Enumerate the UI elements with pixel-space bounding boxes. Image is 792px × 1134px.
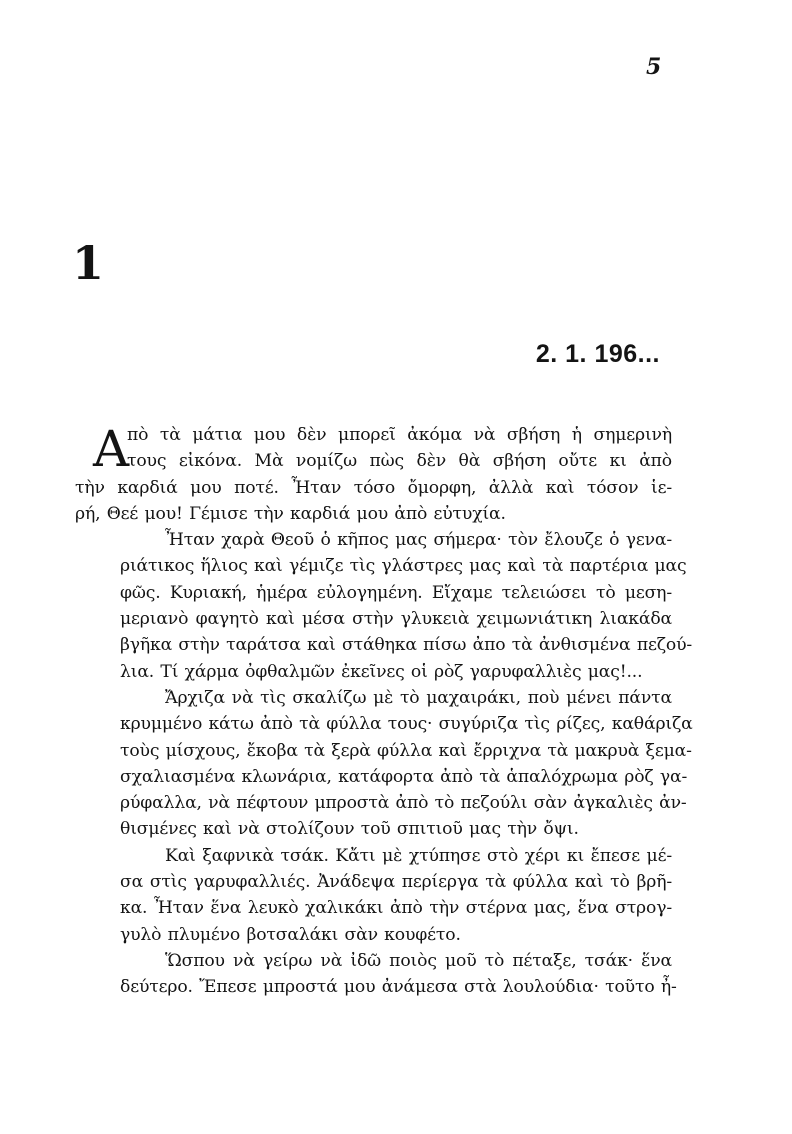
text-line: Ὥσπου νὰ γείρω νὰ ἰδῶ ποιὸς μοῦ τὸ πέταξ…: [75, 948, 672, 974]
page-number: 5: [646, 56, 661, 78]
paragraph: πὸ τὰ μάτια μου δὲν μπορεῖ ἀκόμα νὰ σβήσ…: [75, 422, 672, 527]
body-text: Α πὸ τὰ μάτια μου δὲν μπορεῖ ἀκόμα νὰ σβ…: [75, 422, 672, 1001]
text-line: Καὶ ξαφνικὰ τσάκ. Κἄτι μὲ χτύπησε στὸ χέ…: [75, 843, 672, 869]
text-line: σα στὶς γαρυφαλλιές. Ἀνάδεψα περίεργα τὰ…: [75, 869, 672, 895]
drop-cap: Α: [93, 424, 129, 474]
text-line: τους εἰκόνα. Μὰ νομίζω πὼς δὲν θὰ σβήση …: [75, 448, 672, 474]
text-line: δεύτερο. Ἔπεσε μπροστά μου ἀνάμεσα στὰ λ…: [75, 974, 672, 1000]
paragraph: Ἦταν χαρὰ Θεοῦ ὁ κῆπος μας σήμερα· τὸν ἔ…: [75, 527, 672, 685]
text-line: πὸ τὰ μάτια μου δὲν μπορεῖ ἀκόμα νὰ σβήσ…: [75, 422, 672, 448]
text-line: βγῆκα στὴν ταράτσα καὶ στάθηκα πίσω ἀπο …: [75, 632, 672, 658]
diary-entry-date: 2. 1. 196...: [536, 342, 660, 367]
text-line: ριάτικος ἥλιος καὶ γέμιζε τὶς γλάστρες μ…: [75, 553, 672, 579]
text-line: ρή, Θεέ μου! Γέμισε τὴν καρδιά μου ἀπὸ ε…: [75, 501, 672, 527]
paragraph: Καὶ ξαφνικὰ τσάκ. Κἄτι μὲ χτύπησε στὸ χέ…: [75, 843, 672, 948]
text-line: λια. Τί χάρμα ὀφθαλμῶν ἐκεῖνες οἱ ρὸζ γα…: [75, 659, 672, 685]
text-line: κρυμμένο κάτω ἀπὸ τὰ φύλλα τους· συγύριζ…: [75, 711, 672, 737]
paragraph: Ἄρχιζα νὰ τὶς σκαλίζω μὲ τὸ μαχαιράκι, π…: [75, 685, 672, 843]
text-line: ρύφαλλα, νὰ πέφτουν μπροστὰ ἀπὸ τὸ πεζού…: [75, 790, 672, 816]
text-line: σχαλιασμένα κλωνάρια, κατάφορτα ἀπὸ τὰ ἁ…: [75, 764, 672, 790]
text-line: τὴν καρδιά μου ποτέ. Ἦταν τόσο ὄμορφη, ἀ…: [75, 475, 672, 501]
text-line: φῶς. Κυριακή, ἡμέρα εὐλογημένη. Εἴχαμε τ…: [75, 580, 672, 606]
text-line: γυλὸ πλυμένο βοτσαλάκι σὰν κουφέτο.: [75, 922, 672, 948]
text-line: θισμένες καὶ νὰ στολίζουν τοῦ σπιτιοῦ μα…: [75, 816, 672, 842]
text-line: τοὺς μίσχους, ἔκοβα τὰ ξερὰ φύλλα καὶ ἔρ…: [75, 738, 672, 764]
paragraph: Ὥσπου νὰ γείρω νὰ ἰδῶ ποιὸς μοῦ τὸ πέταξ…: [75, 948, 672, 1001]
text-line: Ἄρχιζα νὰ τὶς σκαλίζω μὲ τὸ μαχαιράκι, π…: [75, 685, 672, 711]
text-line: μεριανὸ φαγητὸ καὶ μέσα στὴν γλυκειὰ χει…: [75, 606, 672, 632]
text-line: Ἦταν χαρὰ Θεοῦ ὁ κῆπος μας σήμερα· τὸν ἔ…: [75, 527, 672, 553]
chapter-number: 1: [72, 240, 104, 286]
text-line: κα. Ἦταν ἕνα λευκὸ χαλικάκι ἀπὸ τὴν στέρ…: [75, 895, 672, 921]
